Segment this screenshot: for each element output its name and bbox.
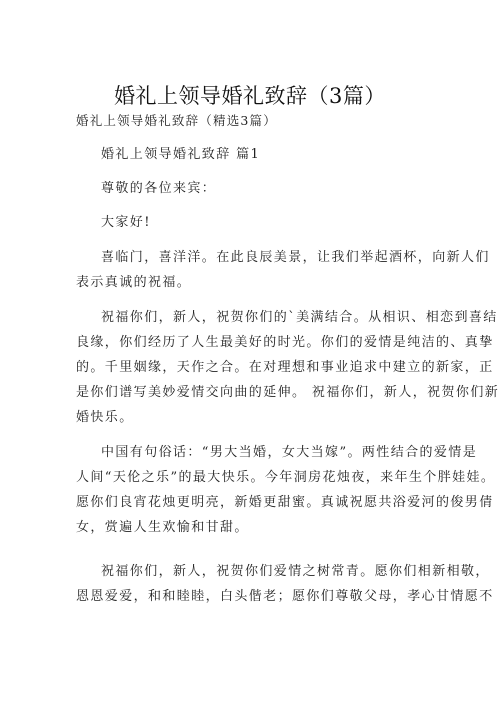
- paragraph-3-line-2: 人间“天伦之乐”的最大快乐。今年洞房花烛夜，来年生个胖娃娃。: [76, 469, 495, 487]
- paragraph-2-line-5: 婚快乐。: [76, 409, 134, 427]
- paragraph-2-line-3: 的。千里姻缘，天作之合。在对理想和事业追求中建立的新家，正: [76, 359, 494, 377]
- section-heading: 婚礼上领导婚礼致辞 篇1: [101, 146, 260, 164]
- document-subtitle: 婚礼上领导婚礼致辞（精选3篇）: [76, 112, 277, 130]
- paragraph-3-line-3: 愿你们良宵花烛更明亮，新婚更甜蜜。真诚祝愿共浴爱河的俊男倩: [76, 494, 494, 512]
- paragraph-3-line-1: 中国有句俗话：“男大当婚，女大当嫁”。两性结合的爱情是: [101, 444, 477, 462]
- paragraph-4-line-2: 恩恩爱爱，和和睦睦，白头偕老；愿你们尊敬父母，孝心甘情愿不: [76, 588, 494, 606]
- paragraph-2-line-1: 祝福你们，新人，祝贺你们的`美满结合。从相识、相恋到喜结: [101, 309, 498, 327]
- paragraph-2-line-4: 是你们谱写美妙爱情交向曲的延伸。 祝福你们，新人，祝贺你们新: [76, 384, 499, 402]
- document-title: 婚礼上领导婚礼致辞（3篇）: [0, 82, 500, 110]
- paragraph-4-line-1: 祝福你们，新人，祝贺你们爱情之树常青。愿你们相新相敬，: [101, 563, 490, 581]
- document-page: 婚礼上领导婚礼致辞（3篇） 婚礼上领导婚礼致辞（精选3篇） 婚礼上领导婚礼致辞 …: [0, 0, 500, 707]
- paragraph-1-line-1: 喜临门，喜洋洋。在此良辰美景，让我们举起酒杯，向新人们: [101, 249, 490, 267]
- paragraph-3-line-4: 女，赏遍人生欢愉和甘甜。: [76, 519, 249, 537]
- paragraph-1-line-2: 表示真诚的祝福。: [76, 274, 191, 292]
- greeting: 大家好!: [101, 214, 151, 232]
- paragraph-2-line-2: 良缘，你们经历了人生最美好的时光。你们的爱情是纯洁的、真挚: [76, 334, 494, 352]
- salutation: 尊敬的各位来宾：: [101, 180, 216, 198]
